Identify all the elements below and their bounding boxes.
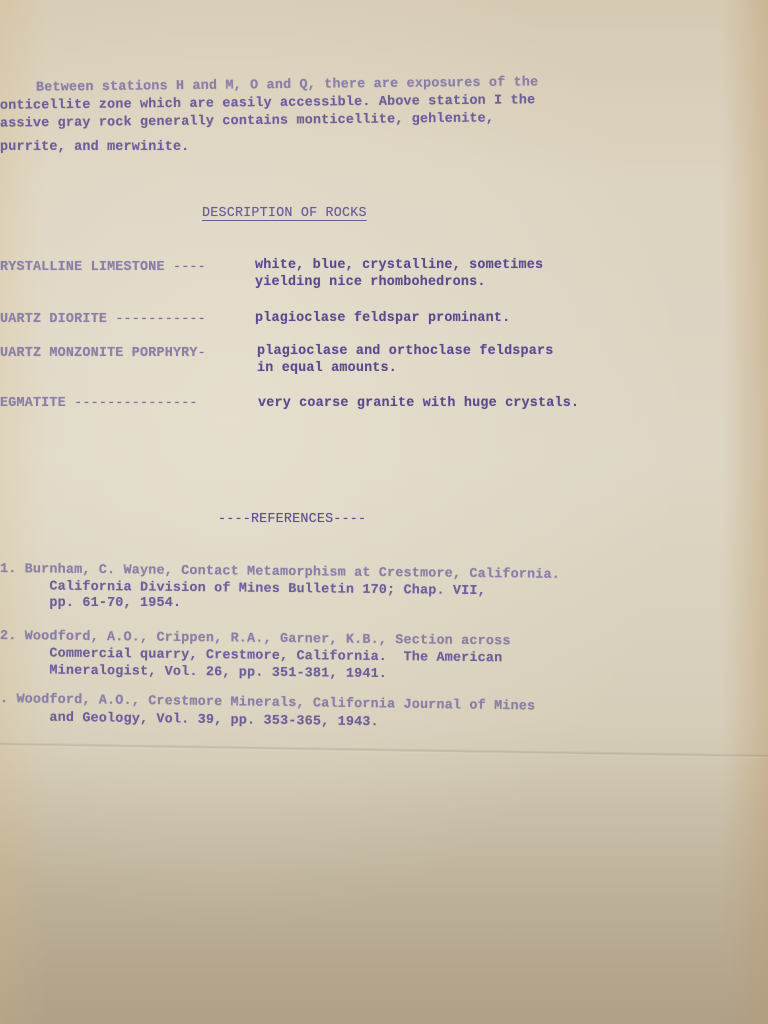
rock-leader: ---- [165,260,206,275]
rocks-heading: DESCRIPTION OF ROCKS [202,206,367,222]
rock-description: plagioclase feldspar prominant. [255,311,510,327]
rock-description: very coarse granite with huge crystals. [258,396,579,412]
rock-description: plagioclase and orthoclase feldspars [257,344,554,360]
rock-leader: - [198,346,206,361]
rock-name: UARTZ MONZONITE PORPHYRY [0,346,198,361]
paper-fold-crease [0,742,768,758]
intro-line: assive gray rock generally contains mont… [0,111,494,132]
reference-line: and Geology, Vol. 39, pp. 353-365, 1943. [0,710,379,731]
paper-shadow [0,760,768,1024]
reference-line: pp. 61-70, 1954. [0,596,181,612]
rock-name: EGMATITE [0,396,66,411]
rock-description: in equal amounts. [257,361,397,377]
rock-leader: --------------- [66,396,198,411]
rock-name: UARTZ DIORITE [0,312,107,327]
rock-description: white, blue, crystalline, sometimes [255,258,543,274]
typewritten-page: Between stations H and M, O and Q, there… [0,0,768,1024]
references-heading: ----REFERENCES---- [218,512,366,528]
rock-name: RYSTALLINE LIMESTONE [0,260,165,275]
rock-description: yielding nice rhombohedrons. [255,275,486,291]
rock-leader: ----------- [107,312,206,327]
intro-line: purrite, and merwinite. [0,140,189,156]
reference-line: Mineralogist, Vol. 26, pp. 351-381, 1941… [0,663,387,683]
